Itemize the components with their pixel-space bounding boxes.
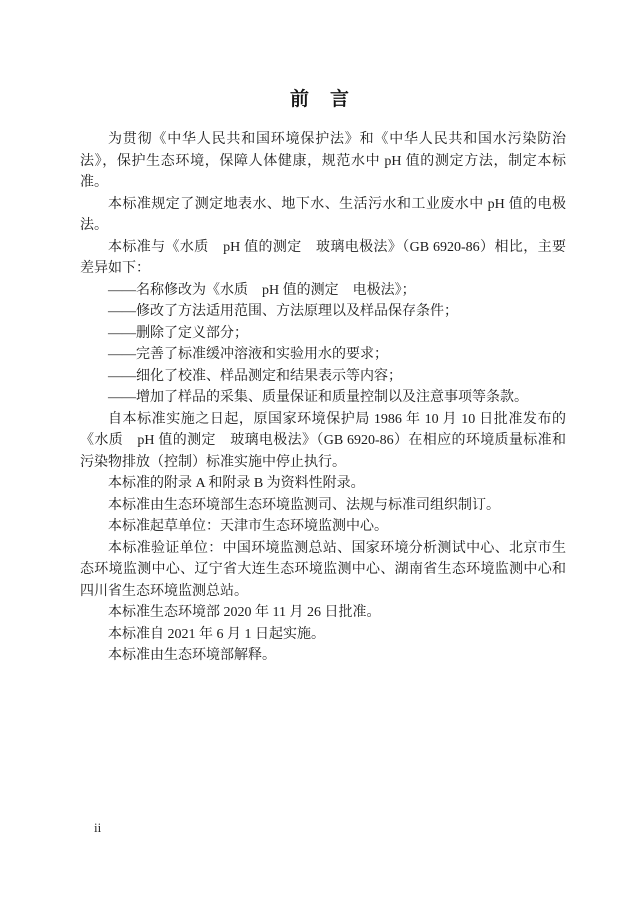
body-paragraph: 本标准由生态环境部生态环境监测司、法规与标准司组织制订。	[80, 495, 566, 517]
body-paragraph: 本标准起草单位：天津市生态环境监测中心。	[80, 516, 566, 538]
page-number: ii	[94, 820, 101, 836]
body-paragraph: 本标准的附录 A 和附录 B 为资料性附录。	[80, 473, 566, 495]
body-paragraph: ——名称修改为《水质 pH 值的测定 电极法》；	[80, 280, 566, 302]
body-paragraph: 为贯彻《中华人民共和国环境保护法》和《中华人民共和国水污染防治法》，保护生态环境…	[80, 129, 566, 194]
body-paragraph: 本标准规定了测定地表水、地下水、生活污水和工业废水中 pH 值的电极法。	[80, 194, 566, 237]
document-body: 为贯彻《中华人民共和国环境保护法》和《中华人民共和国水污染防治法》，保护生态环境…	[80, 129, 566, 667]
page-title: 前 言	[0, 86, 640, 114]
body-paragraph: 本标准与《水质 pH 值的测定 玻璃电极法》（GB 6920-86）相比，主要差…	[80, 237, 566, 280]
body-paragraph: ——细化了校准、样品测定和结果表示等内容；	[80, 366, 566, 388]
body-paragraph: 本标准自 2021 年 6 月 1 日起实施。	[80, 624, 566, 646]
body-paragraph: ——增加了样品的采集、质量保证和质量控制以及注意事项等条款。	[80, 387, 566, 409]
body-paragraph: 自本标准实施之日起，原国家环境保护局 1986 年 10 月 10 日批准发布的…	[80, 409, 566, 474]
body-paragraph: ——完善了标准缓冲溶液和实验用水的要求；	[80, 344, 566, 366]
body-paragraph: ——删除了定义部分；	[80, 323, 566, 345]
body-paragraph: 本标准生态环境部 2020 年 11 月 26 日批准。	[80, 602, 566, 624]
document-page: 前 言 为贯彻《中华人民共和国环境保护法》和《中华人民共和国水污染防治法》，保护…	[0, 0, 640, 905]
body-paragraph: 本标准验证单位：中国环境监测总站、国家环境分析测试中心、北京市生态环境监测中心、…	[80, 538, 566, 603]
body-paragraph: 本标准由生态环境部解释。	[80, 645, 566, 667]
body-paragraph: ——修改了方法适用范围、方法原理以及样品保存条件；	[80, 301, 566, 323]
